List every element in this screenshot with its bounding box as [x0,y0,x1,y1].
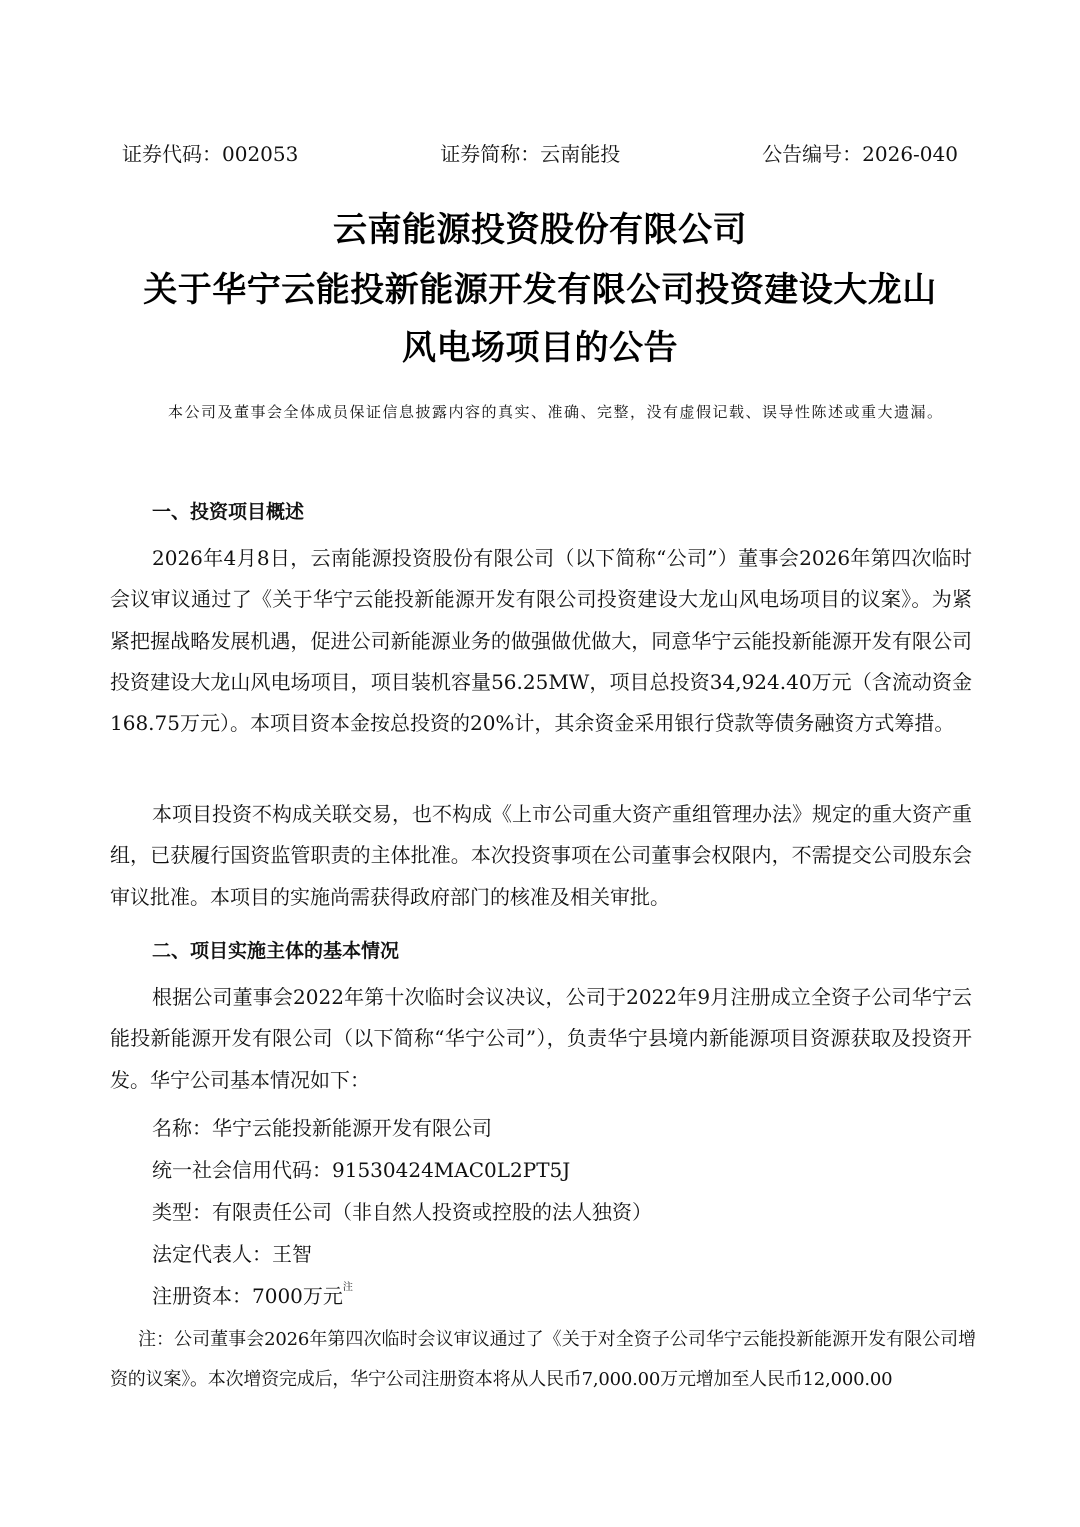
section-2-heading: 二、项目实施主体的基本情况 [152,936,399,963]
credit-code: 统一社会信用代码：91530424MAC0L2PT5J [152,1154,570,1183]
capital-footnote: 注：公司董事会2026年第四次临时会议审议通过了《关于对全资子公司华宁云能投新能… [110,1320,976,1400]
stock-code: 证券代码：002053 [122,138,298,167]
stock-abbreviation: 证券简称：云南能投 [440,138,620,167]
company-name: 名称：华宁云能投新能源开发有限公司 [152,1112,492,1141]
document-header: 证券代码：002053 证券简称：云南能投 公告编号：2026-040 [122,136,958,168]
section-1-paragraph-2: 本项目投资不构成关联交易，也不构成《上市公司重大资产重组管理办法》规定的重大资产… [110,794,972,918]
section-1-paragraph-1: 2026年4月8日，云南能源投资股份有限公司（以下简称“公司”）董事会2026年… [110,538,972,744]
footnote-mark: 注 [343,1282,353,1293]
section-1-heading: 一、投资项目概述 [152,497,304,524]
section-2-paragraph-1: 根据公司董事会2022年第十次临时会议决议，公司于2022年9月注册成立全资子公… [110,977,972,1101]
document-title-line-1: 云南能源投资股份有限公司 [0,202,1080,251]
document-title-line-2: 关于华宁云能投新能源开发有限公司投资建设大龙山 [0,262,1080,311]
registered-capital: 注册资本：7000万元注 [152,1280,353,1309]
announcement-number: 公告编号：2026-040 [762,138,958,167]
document-title-line-3: 风电场项目的公告 [0,320,1080,369]
registered-capital-value: 注册资本：7000万元 [152,1284,343,1308]
disclaimer-statement: 本公司及董事会全体成员保证信息披露内容的真实、准确、完整，没有虚假记载、误导性陈… [110,398,972,427]
legal-representative: 法定代表人：王智 [152,1238,312,1267]
company-type: 类型：有限责任公司（非自然人投资或控股的法人独资） [152,1196,652,1225]
